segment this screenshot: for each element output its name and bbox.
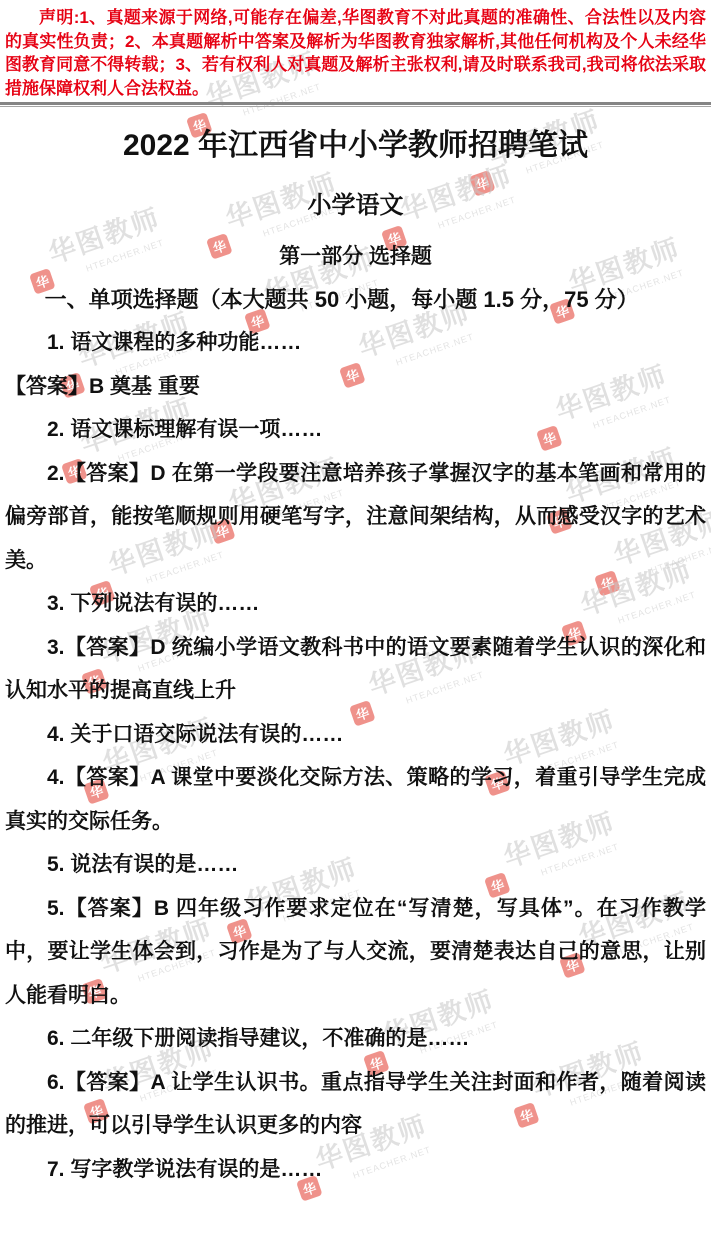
question-7: 7. 写字教学说法有误的是……	[5, 1148, 706, 1192]
answer-2: 2.【答案】D 在第一学段要注意培养孩子掌握汉字的基本笔画和常用的偏旁部首，能按…	[5, 452, 706, 583]
document-content: 声明:1、真题来源于网络,可能存在偏差,华图教育不对此真题的准确性、合法性以及内…	[0, 0, 711, 1191]
exam-document-page: 华 华图教师 HTEACHER.NET 华 华图教师 HTEACHER.NET …	[0, 0, 711, 1234]
section-heading: 一、单项选择题（本大题共 50 小题，每小题 1.5 分，75 分）	[0, 285, 711, 315]
answer-6: 6.【答案】A 让学生认识书。重点指导学生关注封面和作者，随着阅读的推进，可以引…	[5, 1061, 706, 1148]
page-title: 2022 年江西省中小学教师招聘笔试	[0, 127, 711, 165]
question-5: 5. 说法有误的是……	[5, 843, 706, 887]
divider-line	[0, 102, 711, 107]
question-2: 2. 语文课标理解有误一项……	[5, 408, 706, 452]
subject-subtitle: 小学语文	[0, 191, 711, 221]
question-1: 1. 语文课程的多种功能……	[5, 321, 706, 365]
part-heading: 第一部分 选择题	[0, 243, 711, 271]
question-3: 3. 下列说法有误的……	[5, 582, 706, 626]
answer-3: 3.【答案】D 统编小学语文教科书中的语文要素随着学生认识的深化和认知水平的提高…	[5, 626, 706, 713]
answer-5: 5.【答案】B 四年级习作要求定位在“写清楚，写具体”。在习作教学中，要让学生体…	[5, 887, 706, 1018]
body-paragraphs: 1. 语文课程的多种功能……【答案】B 奠基 重要2. 语文课标理解有误一项………	[0, 321, 711, 1191]
answer-4: 4.【答案】A 课堂中要淡化交际方法、策略的学习，着重引导学生完成真实的交际任务…	[5, 756, 706, 843]
disclaimer-text: 声明:1、真题来源于网络,可能存在偏差,华图教育不对此真题的准确性、合法性以及内…	[0, 0, 711, 100]
question-4: 4. 关于口语交际说法有误的……	[5, 713, 706, 757]
answer-1: 【答案】B 奠基 重要	[5, 365, 706, 409]
question-6: 6. 二年级下册阅读指导建议，不准确的是……	[5, 1017, 706, 1061]
